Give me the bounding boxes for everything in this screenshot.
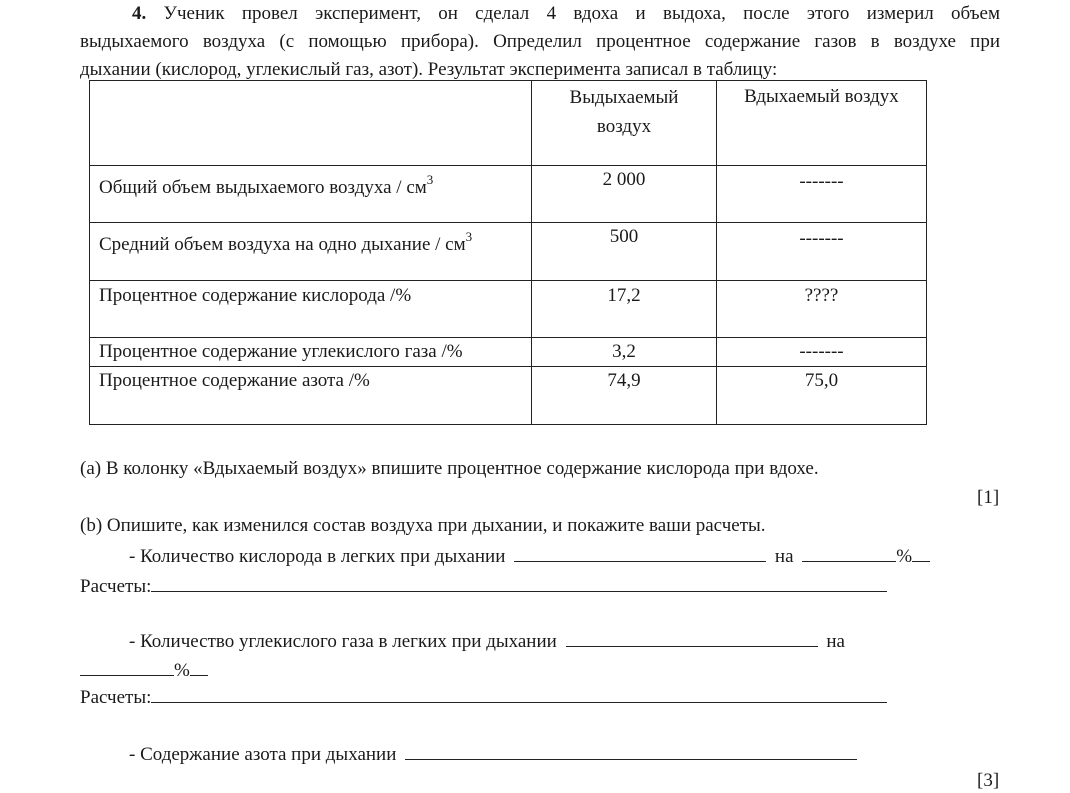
superscript: 3 — [466, 229, 473, 244]
inhaled-value: 75,0 — [717, 367, 926, 395]
row-label: Процентное содержание кислорода /% — [99, 281, 531, 310]
calc-label: Расчеты: — [80, 687, 151, 708]
oxygen-calc-line: Расчеты: — [80, 573, 887, 598]
co2-prompt: - Количество углекислого газа в легких п… — [129, 631, 557, 652]
exhaled-value: 500 — [532, 223, 716, 251]
percent-sign: % — [896, 546, 912, 567]
header-exhaled: Выдыхаемый воздух — [532, 81, 717, 166]
header-exhaled-line-2: воздух — [532, 112, 716, 141]
nitrogen-prompt: - Содержание азота при дыхании — [129, 744, 396, 765]
exhaled-value: 3,2 — [532, 338, 716, 366]
table-row: Процентное содержание кислорода /% 17,2 … — [90, 281, 927, 338]
inhaled-value: ------- — [717, 166, 926, 196]
oxygen-change-blank[interactable] — [514, 543, 766, 562]
header-inhaled: Вдыхаемый воздух — [717, 81, 927, 166]
table-row: Процентное содержание азота /% 74,9 75,0 — [90, 367, 927, 425]
oxygen-amount-blank[interactable] — [802, 543, 896, 562]
oxygen-prompt: - Количество кислорода в легких при дыха… — [129, 546, 505, 567]
exhaled-value: 2 000 — [532, 166, 716, 194]
on-word: на — [826, 631, 845, 652]
co2-amount-blank[interactable] — [80, 657, 174, 676]
oxygen-line: - Количество кислорода в легких при дыха… — [129, 543, 930, 568]
inhaled-value: ------- — [717, 223, 926, 253]
superscript: 3 — [427, 172, 434, 187]
row-label: Процентное содержание азота /% — [99, 367, 531, 395]
row-label: Процентное содержание углекислого газа /… — [99, 338, 531, 366]
inhaled-value: ------- — [717, 338, 926, 366]
exhaled-value: 17,2 — [532, 281, 716, 310]
percent-trailing-blank — [912, 543, 930, 562]
header-exhaled-line-1: Выдыхаемый — [532, 83, 716, 112]
part-a-marks: [1] — [977, 487, 999, 509]
calc-label: Расчеты: — [80, 576, 151, 597]
question-intro: 4. Ученик провел эксперимент, он сделал … — [80, 0, 1000, 84]
header-empty-cell — [90, 81, 532, 166]
co2-line: - Количество углекислого газа в легких п… — [129, 628, 845, 653]
question-number: 4. — [132, 3, 146, 24]
part-b-marks: [3] — [977, 770, 999, 792]
part-b-text: (b) Опишите, как изменился состав воздух… — [80, 515, 766, 537]
row-label: Средний объем воздуха на одно дыхание / … — [99, 234, 466, 255]
oxygen-calc-blank[interactable] — [151, 573, 887, 592]
co2-change-blank[interactable] — [566, 628, 818, 647]
table-row: Процентное содержание углекислого газа /… — [90, 338, 927, 367]
part-a-text: (a) В колонку «Вдыхаемый воздух» впишите… — [80, 458, 819, 480]
co2-calc-line: Расчеты: — [80, 684, 887, 709]
inhaled-value[interactable]: ???? — [717, 281, 926, 310]
table-row: Общий объем выдыхаемого воздуха / см3 2 … — [90, 166, 927, 223]
co2-calc-blank[interactable] — [151, 684, 887, 703]
co2-amount-line: % — [80, 657, 208, 682]
intro-line-2: выдыхаемого воздуха (с помощью прибора).… — [80, 28, 1000, 56]
percent-sign: % — [174, 660, 190, 681]
row-label: Общий объем выдыхаемого воздуха / см — [99, 177, 427, 198]
table-header-row: Выдыхаемый воздух Вдыхаемый воздух — [90, 81, 927, 166]
exhaled-value: 74,9 — [532, 367, 716, 395]
experiment-table: Выдыхаемый воздух Вдыхаемый воздух Общий… — [89, 80, 927, 425]
intro-line-1: Ученик провел эксперимент, он сделал 4 в… — [164, 3, 1000, 24]
nitrogen-line: - Содержание азота при дыхании — [129, 741, 857, 766]
header-inhaled-text: Вдыхаемый воздух — [717, 81, 926, 111]
percent-trailing-blank — [190, 657, 208, 676]
nitrogen-blank[interactable] — [405, 741, 857, 760]
on-word: на — [775, 546, 794, 567]
table-row: Средний объем воздуха на одно дыхание / … — [90, 223, 927, 281]
